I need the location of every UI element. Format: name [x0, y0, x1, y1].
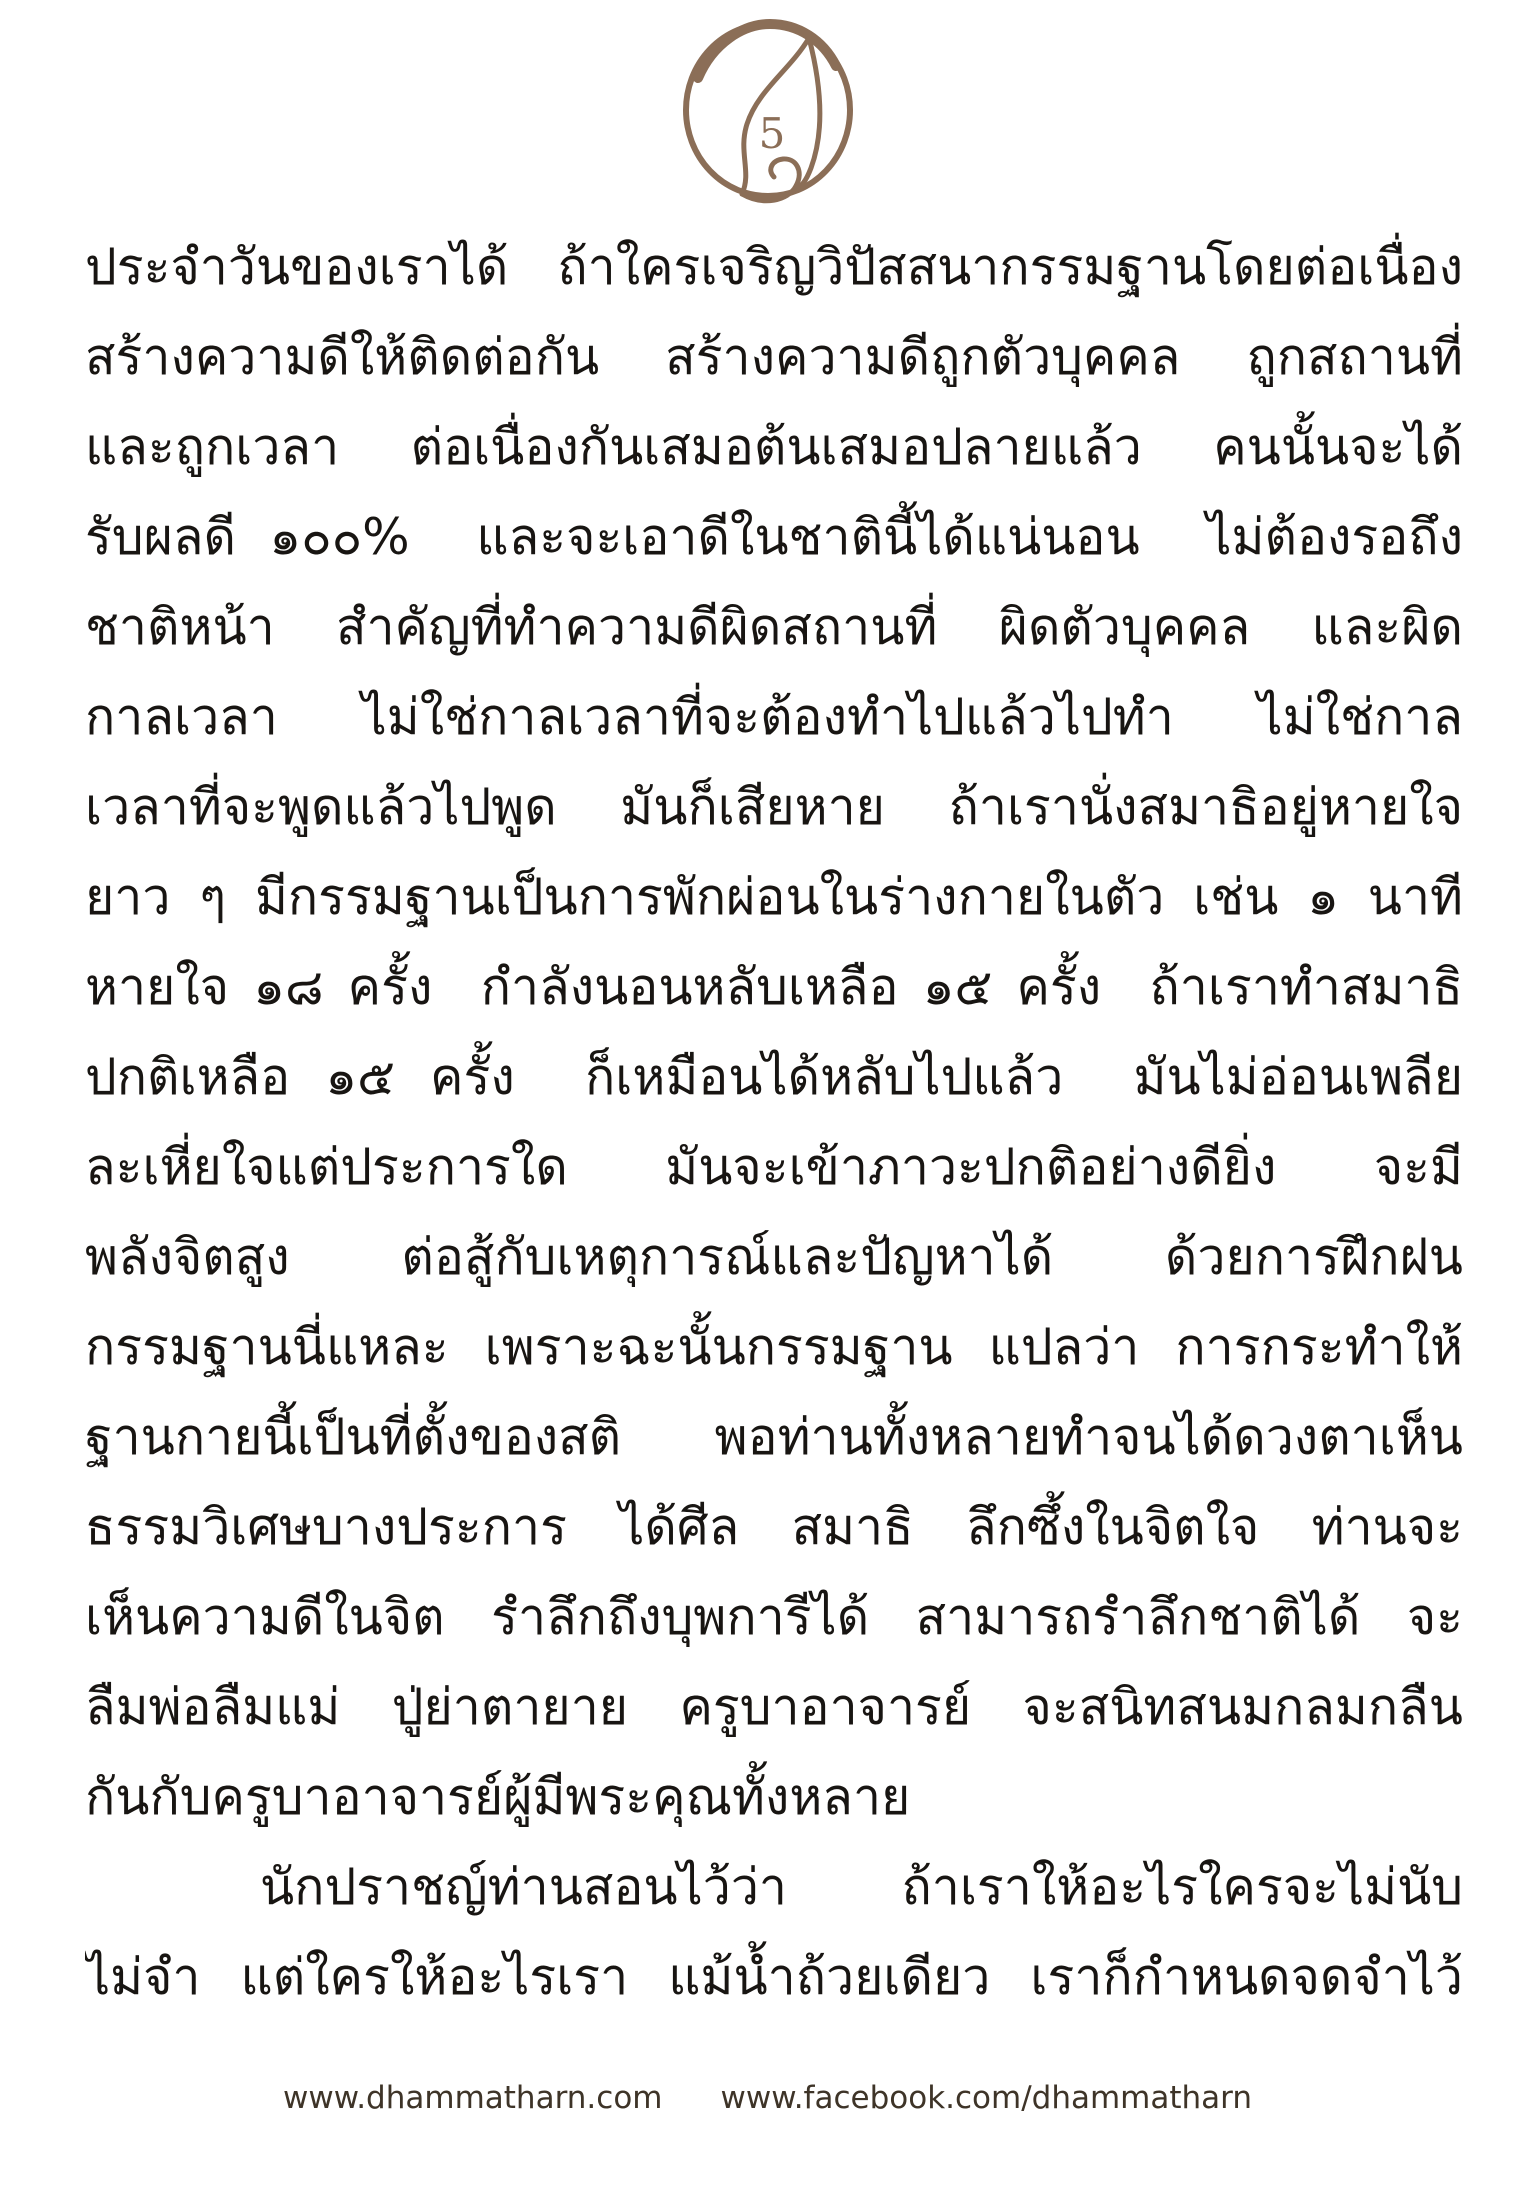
book-page: 5 ประจำวันของเราได้ ถ้าใครเจริญวิปัสสนาก…	[0, 0, 1535, 2185]
text-line: ลืมพ่อลืมแม่ ปู่ย่าตายาย ครูบาอาจารย์ จะ…	[85, 1662, 1463, 1752]
page-footer: www.dhammatharn.com www.facebook.com/dha…	[0, 2078, 1535, 2118]
text-line: พลังจิตสูง ต่อสู้กับเหตุการณ์และปัญหาได้…	[85, 1212, 1463, 1302]
text-line: ประจำวันของเราได้ ถ้าใครเจริญวิปัสสนากรร…	[85, 222, 1463, 312]
text-line: และถูกเวลา ต่อเนื่องกันเสมอต้นเสมอปลายแล…	[85, 402, 1463, 492]
page-number-logo: 5	[668, 8, 868, 208]
body-text: ประจำวันของเราได้ ถ้าใครเจริญวิปัสสนากรร…	[85, 222, 1463, 2022]
text-line: ชาติหน้า สำคัญที่ทำความดีผิดสถานที่ ผิดต…	[85, 582, 1463, 672]
text-line: สร้างความดีให้ติดต่อกัน สร้างความดีถูกตั…	[85, 312, 1463, 402]
text-line: ธรรมวิเศษบางประการ ได้ศีล สมาธิ ลึกซึ้งใ…	[85, 1482, 1463, 1572]
text-line-paragraph-start: นักปราชญ์ท่านสอนไว้ว่า ถ้าเราให้อะไรใครจ…	[85, 1842, 1463, 1932]
text-line: ละเหี่ยใจแต่ประการใด มันจะเข้าภาวะปกติอย…	[85, 1122, 1463, 1212]
text-line-paragraph-end: กันกับครูบาอาจารย์ผู้มีพระคุณทั้งหลาย	[85, 1752, 1463, 1842]
text-line: ไม่จำ แต่ใครให้อะไรเรา แม้น้ำถ้วยเดียว เ…	[85, 1932, 1463, 2022]
text-line: ปกติเหลือ ๑๕ ครั้ง ก็เหมือนได้หลับไปแล้ว…	[85, 1032, 1463, 1122]
text-line: กาลเวลา ไม่ใช่กาลเวลาที่จะต้องทำไปแล้วไป…	[85, 672, 1463, 762]
text-line: หายใจ ๑๘ ครั้ง กำลังนอนหลับเหลือ ๑๕ ครั้…	[85, 942, 1463, 1032]
text-line: รับผลดี ๑๐๐% และจะเอาดีในชาตินี้ได้แน่นอ…	[85, 492, 1463, 582]
text-line: ฐานกายนี้เป็นที่ตั้งของสติ พอท่านทั้งหลา…	[85, 1392, 1463, 1482]
footer-url-website: www.dhammatharn.com	[283, 2078, 663, 2118]
footer-url-facebook: www.facebook.com/dhammatharn	[720, 2078, 1252, 2118]
text-line: ยาว ๆ มีกรรมฐานเป็นการพักผ่อนในร่างกายใน…	[85, 852, 1463, 942]
text-line: กรรมฐานนี่แหละ เพราะฉะนั้นกรรมฐาน แปลว่า…	[85, 1302, 1463, 1392]
bodhi-leaf-icon: 5	[668, 8, 868, 208]
text-line: เวลาที่จะพูดแล้วไปพูด มันก็เสียหาย ถ้าเร…	[85, 762, 1463, 852]
page-number: 5	[758, 109, 785, 158]
text-line: เห็นความดีในจิต รำลึกถึงบุพการีได้ สามาร…	[85, 1572, 1463, 1662]
